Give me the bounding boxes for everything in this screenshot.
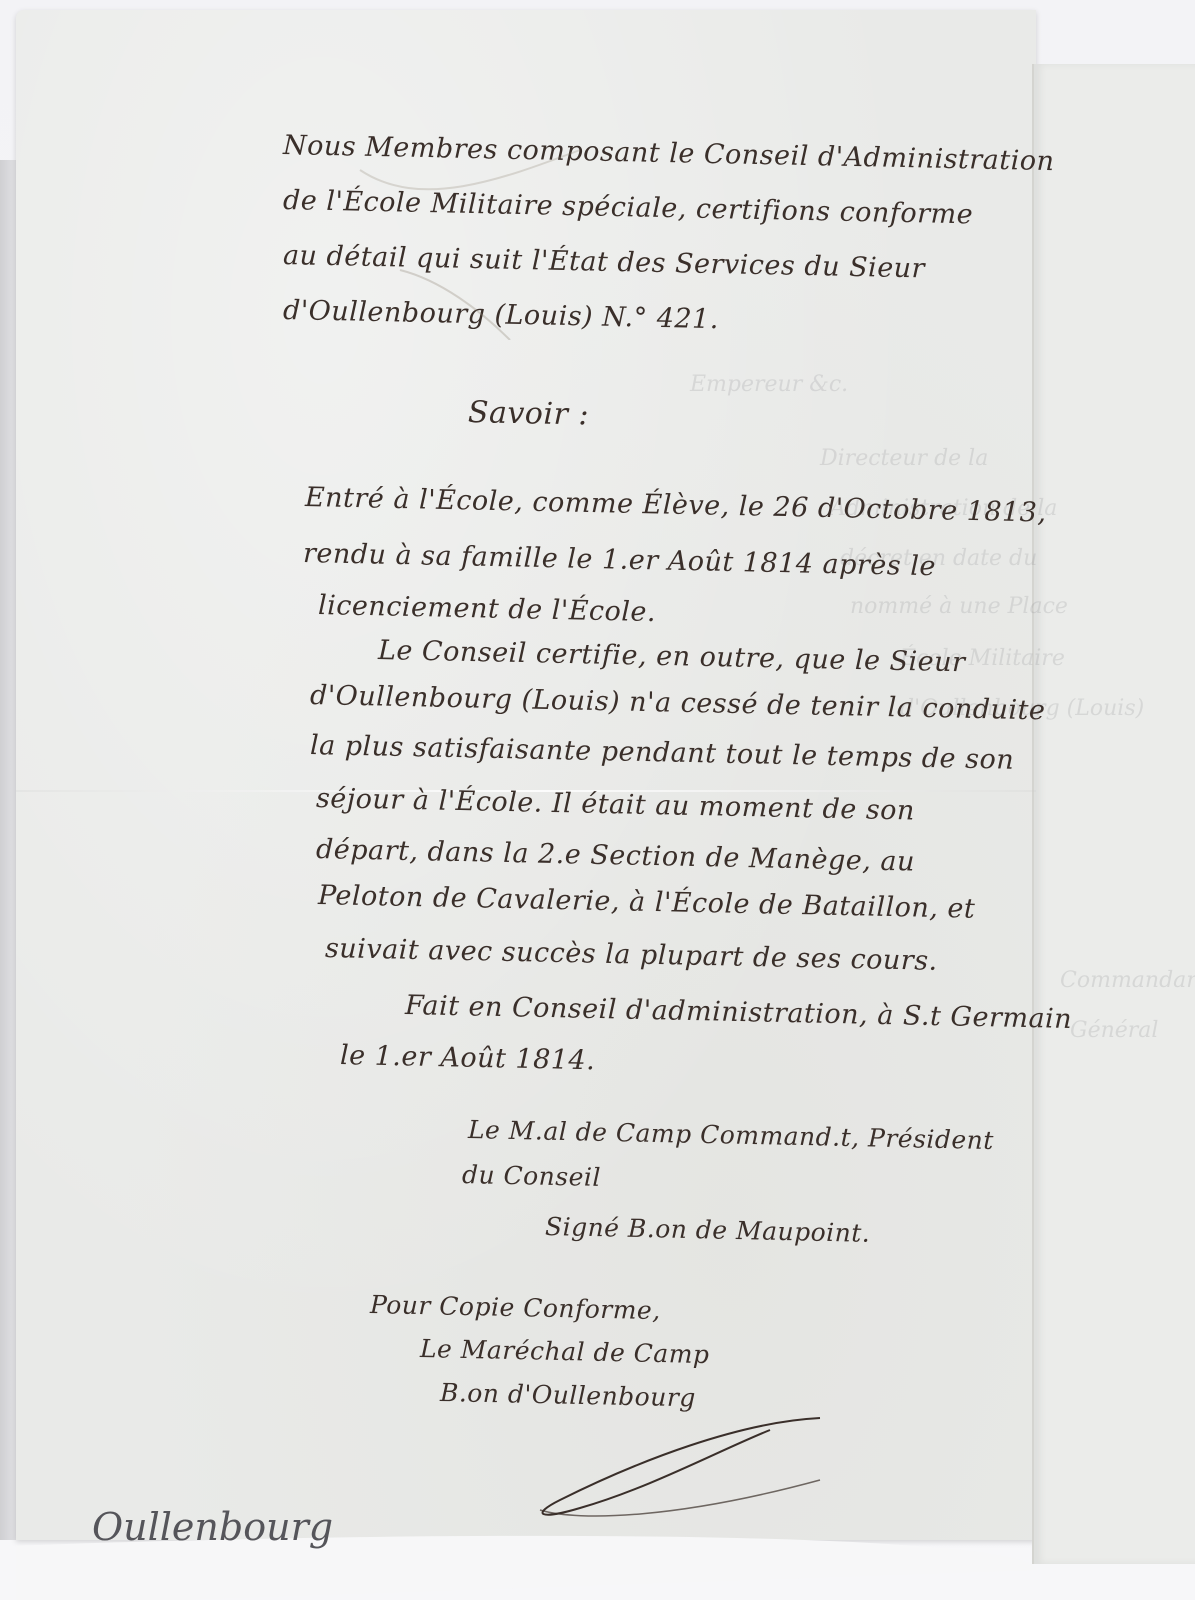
bleed-through-text: nommé à une Place: [850, 594, 1068, 619]
copy-certification: Le Maréchal de Camp: [420, 1334, 710, 1369]
photograph-scene: Empereur &c. Directeur de la Administrat…: [0, 0, 1195, 1600]
paper-stain-icon: [340, 120, 600, 340]
copy-signature: B.on d'Oullenbourg: [440, 1378, 696, 1412]
bleed-through-text: Empereur &c.: [690, 372, 848, 397]
signature-title: du Conseil: [462, 1160, 602, 1192]
pencil-annotation: Oullenbourg: [92, 1505, 333, 1549]
facing-page: [1032, 64, 1195, 1564]
copy-certification: Pour Copie Conforme,: [370, 1290, 661, 1325]
bleed-through-text: Directeur de la: [820, 446, 988, 471]
bleed-through-text: Commandant: [1060, 968, 1195, 993]
text-line: le 1.er Août 1814.: [340, 1040, 596, 1076]
section-heading: Savoir :: [468, 395, 590, 433]
bleed-through-text: Général: [1070, 1018, 1158, 1043]
signature-flourish-icon: [520, 1410, 840, 1520]
